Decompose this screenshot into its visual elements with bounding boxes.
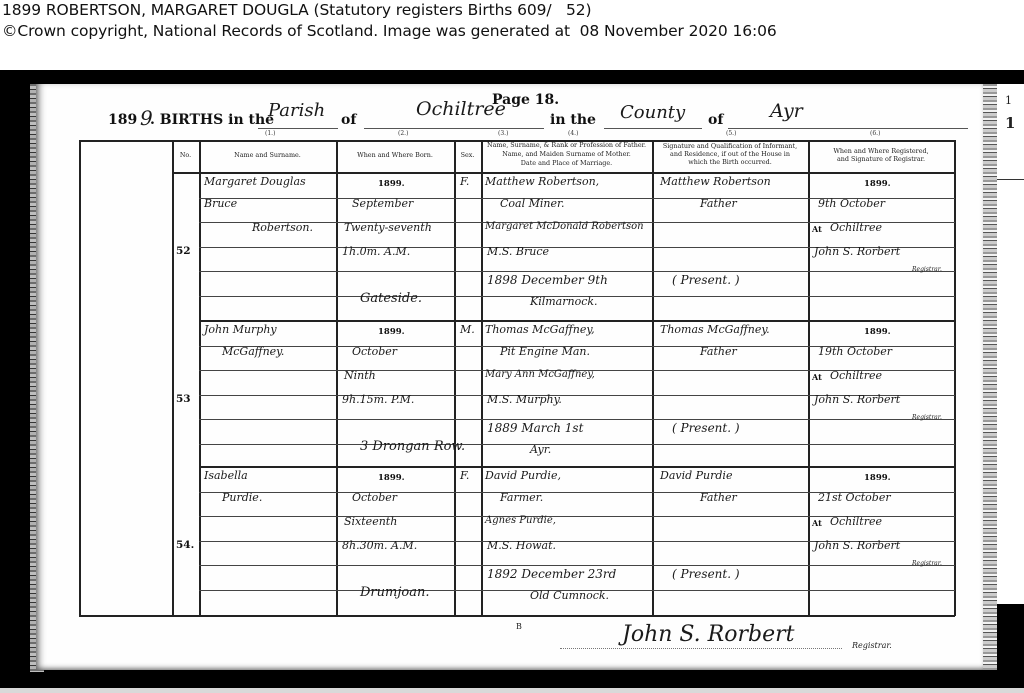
entry-number: 52 (176, 245, 191, 257)
father-occupation: Coal Miner. (500, 197, 565, 210)
registrar-signature: John S. Rorbert (814, 539, 900, 552)
registration-at-label: At (812, 372, 822, 382)
birth-month: October (352, 491, 397, 504)
registration-year: 1899. (864, 179, 891, 189)
col-informant: Signature and Qualification of Informant… (652, 142, 808, 166)
col-when-where: When and Where Born. (336, 151, 454, 160)
heading-county: Ayr (770, 100, 803, 122)
child-surname: Robertson. (252, 221, 313, 234)
registrar-label: Registrar. (912, 266, 942, 273)
informant-name: David Purdie (660, 469, 732, 482)
birth-year: 1899. (378, 179, 405, 189)
marriage-date: 1898 December 9th (487, 273, 608, 287)
image-caption: 1899 ROBERTSON, MARGARET DOUGLA (Statuto… (2, 0, 1022, 42)
registration-place: Ochiltree (830, 221, 882, 234)
registration-at-label: At (812, 518, 822, 528)
copyright-notice: ©Crown copyright, National Records of Sc… (2, 21, 1022, 42)
col-sex: Sex. (454, 151, 481, 160)
child-name: Bruce (204, 197, 237, 210)
birth-month: September (352, 197, 413, 210)
birth-month: October (352, 345, 397, 358)
mother-maiden-surname: M.S. Howat. (487, 539, 556, 552)
heading-area-type: County (620, 102, 685, 123)
marriage-date: 1892 December 23rd (487, 567, 616, 581)
heading-of-2: of (708, 112, 723, 128)
father-name: David Purdie, (485, 469, 561, 482)
birth-time: 8h.30m. A.M. (342, 539, 417, 552)
birth-place: Gateside. (360, 291, 422, 306)
father-occupation: Pit Engine Man. (500, 345, 590, 358)
birth-day: Twenty-seventh (344, 221, 432, 234)
birth-year: 1899. (378, 327, 405, 337)
heading-year-printed: 189 (108, 112, 137, 128)
registrar-label: Registrar. (912, 560, 942, 567)
informant-qualification: Father (700, 197, 737, 210)
birth-place: 3 Drongan Row. (360, 439, 465, 454)
page-number: Page 18. (492, 92, 559, 108)
registration-date: 21st October (818, 491, 891, 504)
father-occupation: Farmer. (500, 491, 543, 504)
mother-name: Margaret McDonald Robertson (485, 221, 644, 232)
registration-year: 1899. (864, 473, 891, 483)
col-registered: When and Where Registered, and Signature… (808, 147, 954, 163)
registrar-signature: John S. Rorbert (814, 393, 900, 406)
marriage-place: Ayr. (530, 443, 551, 456)
registration-year: 1899. (864, 327, 891, 337)
birth-year: 1899. (378, 473, 405, 483)
birth-day: Sixteenth (344, 515, 397, 528)
mother-name: Agnes Purdie, (485, 515, 556, 526)
heading-of-1: of (341, 112, 356, 128)
child-name: John Murphy (204, 323, 277, 336)
sheet-letter: B (516, 622, 522, 631)
father-name: Thomas McGaffney, (485, 323, 595, 336)
mother-maiden-surname: M.S. Murphy. (487, 393, 562, 406)
col-no: No. (172, 151, 199, 160)
birth-place: Drumjoan. (360, 585, 429, 600)
heading-district-type: Parish (268, 100, 325, 121)
marriage-date: 1889 March 1st (487, 421, 583, 435)
registration-date: 9th October (818, 197, 885, 210)
col-name: Name and Surname. (199, 151, 336, 160)
book-binding (983, 84, 997, 670)
birth-time: 9h.15m. P.M. (342, 393, 414, 406)
sex: F. (460, 469, 469, 482)
mother-name: Mary Ann McGaffney, (485, 369, 595, 380)
col-parents: Name, Surname, & Rank or Profession of F… (481, 141, 652, 168)
registrar-signature: John S. Rorbert (622, 622, 794, 647)
registration-at-label: At (812, 224, 822, 234)
sex: M. (460, 323, 475, 336)
informant-residence: ( Present. ) (672, 273, 740, 287)
registration-date: 19th October (818, 345, 892, 358)
record-title: 1899 ROBERTSON, MARGARET DOUGLA (Statuto… (2, 0, 1022, 21)
birth-day: Ninth (344, 369, 376, 382)
father-name: Matthew Robertson, (485, 175, 599, 188)
child-name: McGaffney. (222, 345, 284, 358)
registration-place: Ochiltree (830, 369, 882, 382)
registrar-label: Registrar. (912, 414, 942, 421)
child-name: Purdie. (222, 491, 262, 504)
mother-maiden-surname: M.S. Bruce (487, 245, 549, 258)
informant-residence: ( Present. ) (672, 421, 740, 435)
informant-qualification: Father (700, 491, 737, 504)
registration-place: Ochiltree (830, 515, 882, 528)
registrar-signature: John S. Rorbert (814, 245, 900, 258)
viewer-bottom-strip (0, 688, 1024, 693)
heading-in-the: in the (550, 112, 596, 128)
adjacent-page-fragment: 1 1 (997, 84, 1024, 604)
entry-number: 54. (176, 539, 194, 551)
child-name: Margaret Douglas (204, 175, 306, 188)
birth-time: 1h.0m. A.M. (342, 245, 410, 258)
child-name: Isabella (204, 469, 248, 482)
entry-number: 53 (176, 393, 191, 405)
marriage-place: Kilmarnock. (530, 295, 598, 308)
informant-residence: ( Present. ) (672, 567, 740, 581)
sex: F. (460, 175, 469, 188)
marriage-place: Old Cumnock. (530, 589, 609, 602)
heading-births: . BIRTHS in the (150, 112, 274, 128)
informant-name: Thomas McGaffney. (660, 323, 770, 336)
registrar-label: Registrar. (852, 641, 892, 650)
informant-qualification: Father (700, 345, 737, 358)
informant-name: Matthew Robertson (660, 175, 771, 188)
